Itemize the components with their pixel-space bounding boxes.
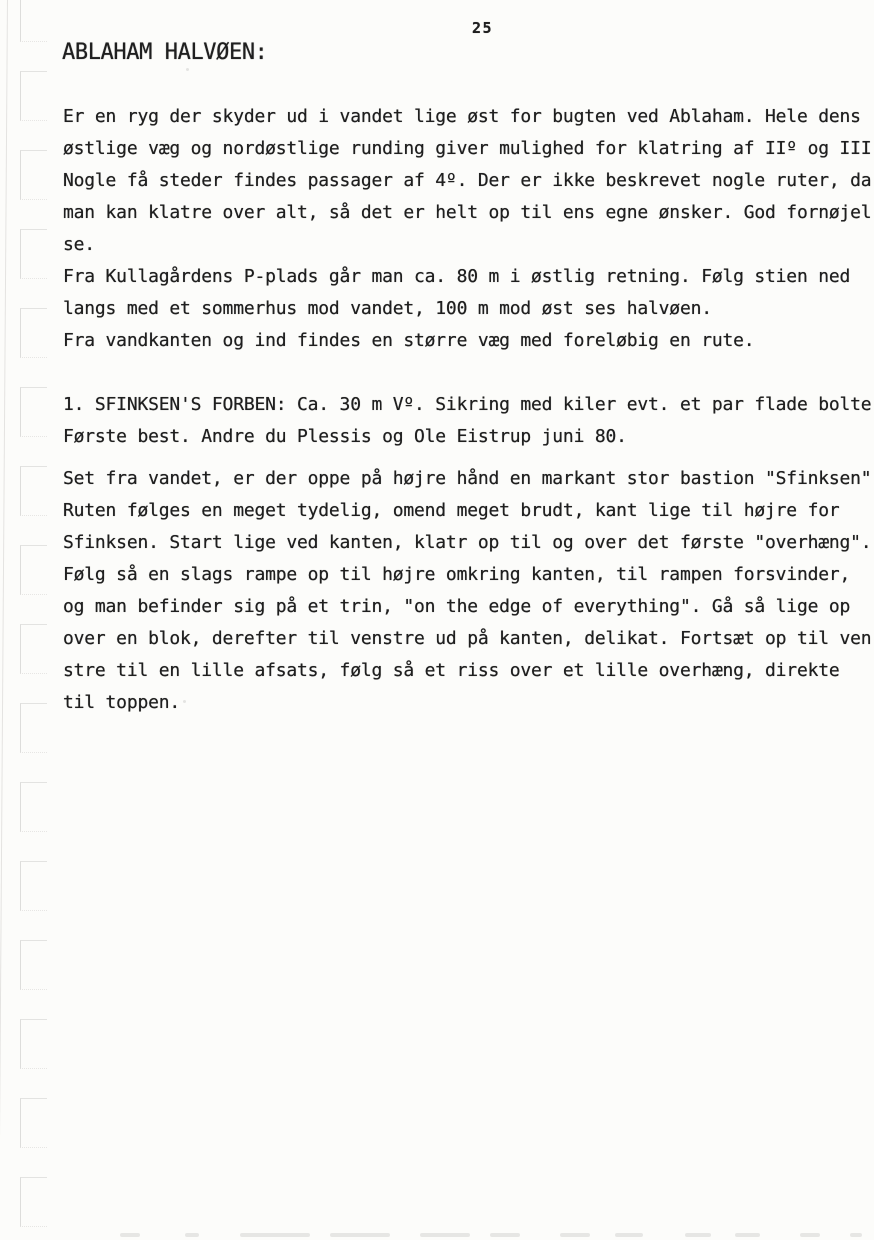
text-line: se. bbox=[63, 229, 874, 261]
text-line: til toppen. bbox=[63, 687, 874, 719]
scanned-page: 25 ABLAHAM HALVØEN: Er en ryg der skyder… bbox=[0, 0, 874, 1240]
binding-mark bbox=[20, 1019, 47, 1069]
text-line: Fra vandkanten og ind findes en større v… bbox=[63, 325, 874, 357]
smudge-dash bbox=[330, 1233, 390, 1237]
smudge-dash bbox=[560, 1233, 590, 1237]
text-line: Set fra vandet, er der oppe på højre hån… bbox=[63, 463, 874, 495]
paragraph-intro: Er en ryg der skyder ud i vandet lige øs… bbox=[63, 101, 874, 357]
smudge-dash bbox=[800, 1233, 820, 1237]
scan-speck bbox=[186, 68, 189, 71]
binding-mark bbox=[20, 150, 47, 200]
binding-mark bbox=[20, 1098, 47, 1148]
text-line: og man befinder sig på et trin, "on the … bbox=[63, 591, 874, 623]
binding-mark bbox=[20, 703, 47, 753]
smudge-dash bbox=[120, 1233, 140, 1237]
binding-mark bbox=[20, 466, 47, 516]
binding-mark bbox=[20, 0, 47, 42]
text-line: Ruten følges en meget tydelig, omend meg… bbox=[63, 495, 874, 527]
text-line: stre til en lille afsats, følg så et ris… bbox=[63, 655, 874, 687]
text-line: Følg så en slags rampe op til højre omkr… bbox=[63, 559, 874, 591]
binding-mark bbox=[20, 308, 47, 358]
text-line: østlige væg og nordøstlige runding giver… bbox=[63, 133, 874, 165]
document-body: Er en ryg der skyder ud i vandet lige øs… bbox=[63, 101, 874, 719]
text-line: Første best. Andre du Plessis og Ole Eis… bbox=[63, 421, 874, 453]
text-line: Nogle få steder findes passager af 4º. D… bbox=[63, 165, 874, 197]
page-number: 25 bbox=[472, 19, 493, 37]
smudge-dash bbox=[615, 1233, 643, 1237]
text-line: man kan klatre over alt, så det er helt … bbox=[63, 197, 874, 229]
binding-mark bbox=[20, 782, 47, 832]
paragraph-route-1-description: Set fra vandet, er der oppe på højre hån… bbox=[63, 463, 874, 719]
paragraph-route-1-header: 1. SFINKSEN'S FORBEN: Ca. 30 m Vº. Sikri… bbox=[63, 389, 874, 453]
text-line: Er en ryg der skyder ud i vandet lige øs… bbox=[63, 101, 874, 133]
binding-mark bbox=[20, 71, 47, 121]
smudge-dash bbox=[240, 1233, 310, 1237]
page-edge-shadow bbox=[0, 0, 8, 1240]
smudge-dash bbox=[420, 1233, 470, 1237]
binding-mark bbox=[20, 545, 47, 595]
binding-mark bbox=[20, 940, 47, 990]
smudge-dash bbox=[850, 1233, 862, 1237]
binding-mark bbox=[20, 861, 47, 911]
text-line: Sfinksen. Start lige ved kanten, klatr o… bbox=[63, 527, 874, 559]
binding-mark bbox=[20, 1177, 47, 1227]
binding-mark bbox=[20, 229, 47, 279]
smudge-dash bbox=[735, 1233, 760, 1237]
smudge-dash bbox=[185, 1233, 199, 1237]
text-line: over en blok, derefter til venstre ud på… bbox=[63, 623, 874, 655]
text-line: langs med et sommerhus mod vandet, 100 m… bbox=[63, 293, 874, 325]
binding-mark bbox=[20, 624, 47, 674]
smudge-dash bbox=[685, 1233, 711, 1237]
text-line: 1. SFINKSEN'S FORBEN: Ca. 30 m Vº. Sikri… bbox=[63, 389, 874, 421]
page-title: ABLAHAM HALVØEN: bbox=[62, 40, 268, 65]
text-line: Fra Kullagårdens P-plads går man ca. 80 … bbox=[63, 261, 874, 293]
smudge-dash bbox=[490, 1233, 520, 1237]
binding-mark bbox=[20, 387, 47, 437]
